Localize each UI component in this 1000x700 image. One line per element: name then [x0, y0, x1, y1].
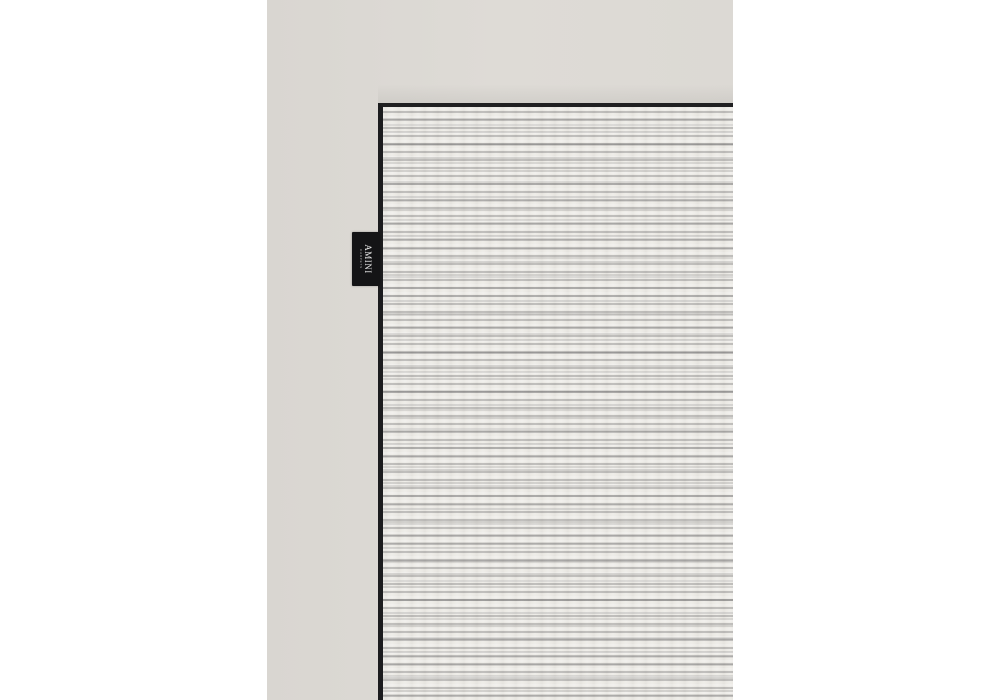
rug-photo: AMINI CARPETS — [267, 0, 733, 700]
rug — [378, 103, 733, 700]
brand-label: AMINI CARPETS — [352, 232, 380, 286]
rug-shadow — [378, 84, 733, 104]
brand-subtitle: CARPETS — [359, 249, 363, 269]
brand-name: AMINI — [363, 244, 373, 274]
